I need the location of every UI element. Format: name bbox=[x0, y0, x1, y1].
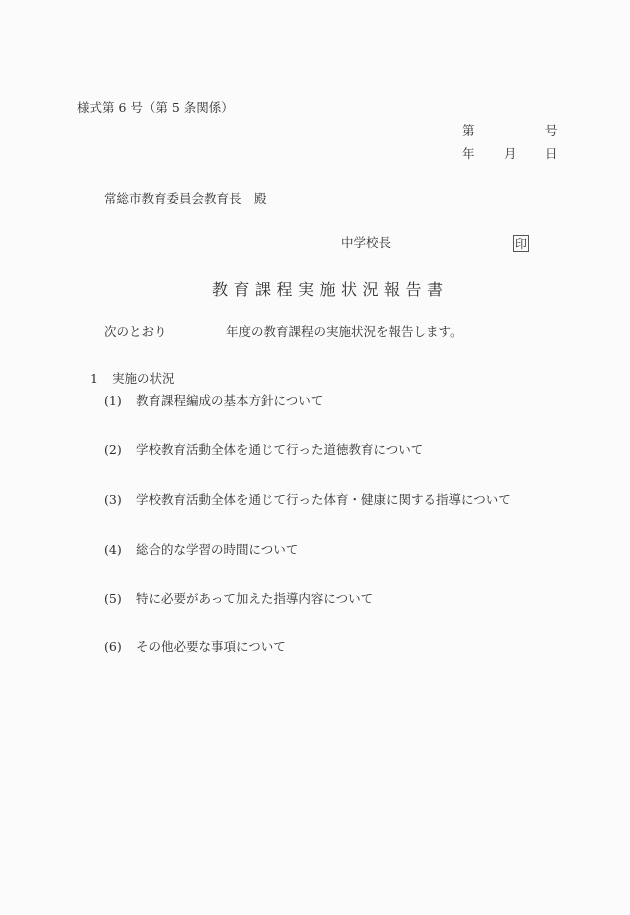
item-number: (3) bbox=[104, 494, 136, 507]
list-item: (6)その他必要な事項について bbox=[104, 641, 286, 654]
date-month: 月 bbox=[504, 148, 517, 161]
section-number: 1 bbox=[90, 373, 98, 386]
item-number: (5) bbox=[104, 593, 136, 606]
sender-title: 中学校長 bbox=[341, 237, 391, 250]
form-label: 様式第 6 号（第 5 条関係） bbox=[77, 102, 234, 115]
doc-number-suffix: 号 bbox=[545, 125, 558, 138]
item-text: 学校教育活動全体を通じて行った体育・健康に関する指導について bbox=[136, 492, 511, 507]
doc-number-prefix: 第 bbox=[462, 125, 475, 138]
document-title: 教育課程実施状況報告書 bbox=[212, 282, 449, 298]
item-text: 特に必要があって加えた指導内容について bbox=[136, 591, 373, 606]
item-text: 学校教育活動全体を通じて行った道徳教育について bbox=[136, 442, 423, 457]
list-item: (3)学校教育活動全体を通じて行った体育・健康に関する指導について bbox=[104, 494, 511, 507]
item-text: 総合的な学習の時間について bbox=[136, 542, 298, 557]
item-text: その他必要な事項について bbox=[136, 639, 286, 654]
date-day: 日 bbox=[545, 148, 558, 161]
intro-body: 年度の教育課程の実施状況を報告します。 bbox=[226, 326, 463, 339]
addressee: 常総市教育委員会教育長 殿 bbox=[104, 193, 267, 206]
item-text: 教育課程編成の基本方針について bbox=[136, 393, 323, 408]
item-number: (6) bbox=[104, 641, 136, 654]
list-item: (1)教育課程編成の基本方針について bbox=[104, 395, 323, 408]
seal-mark: 印 bbox=[513, 235, 529, 252]
list-item: (2)学校教育活動全体を通じて行った道徳教育について bbox=[104, 444, 423, 457]
list-item: (5)特に必要があって加えた指導内容について bbox=[104, 593, 373, 606]
item-number: (1) bbox=[104, 395, 136, 408]
date-year: 年 bbox=[462, 148, 475, 161]
list-item: (4)総合的な学習の時間について bbox=[104, 544, 298, 557]
item-number: (2) bbox=[104, 444, 136, 457]
section-heading: 実施の状況 bbox=[112, 373, 175, 386]
seal-icon: 印 bbox=[513, 235, 529, 252]
item-number: (4) bbox=[104, 544, 136, 557]
intro-lead: 次のとおり bbox=[104, 326, 167, 339]
